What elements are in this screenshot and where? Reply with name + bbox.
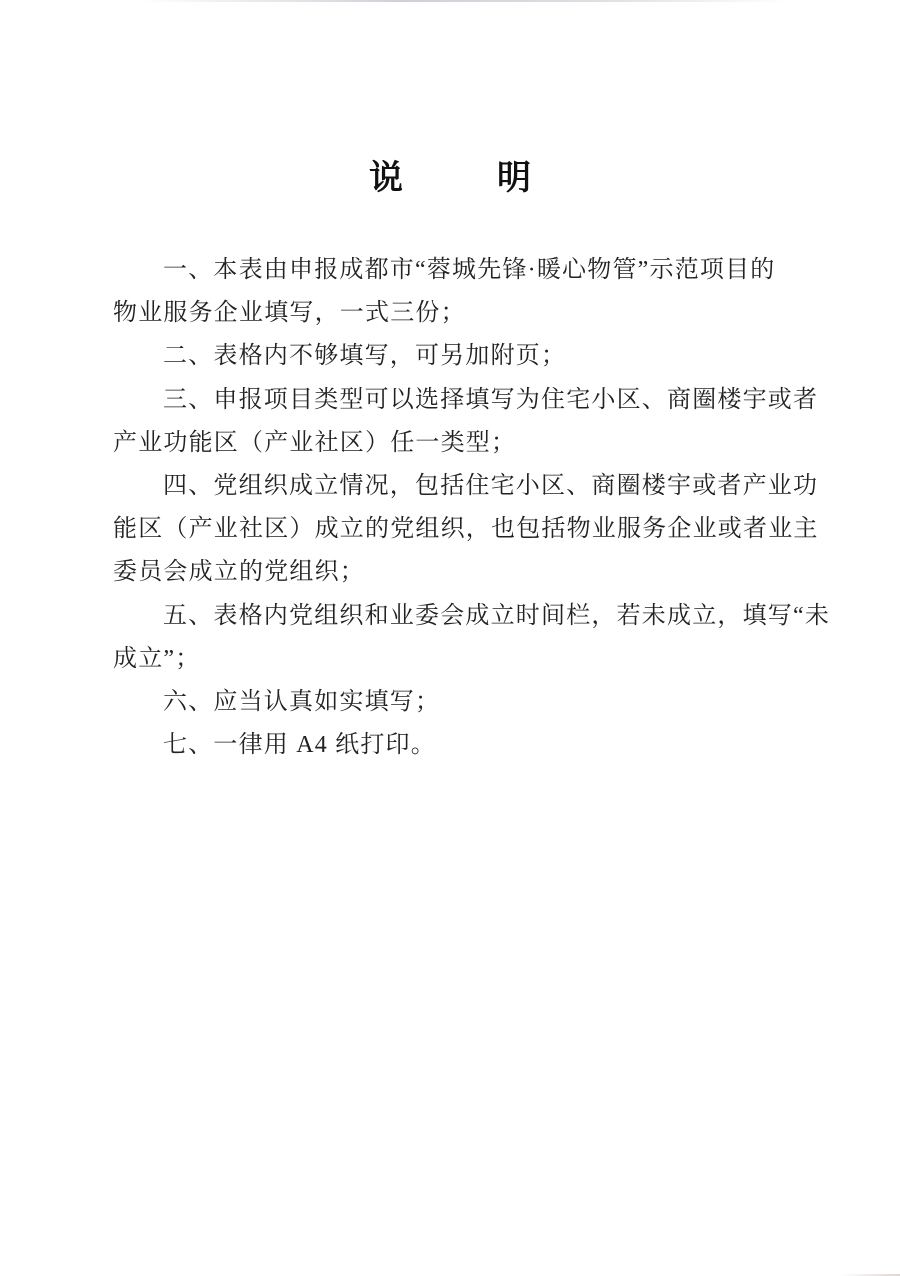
item-4-line-3: 委员会成立的党组织； — [113, 551, 793, 594]
item-4-line-1: 四、党组织成立情况，包括住宅小区、商圈楼宇或者产业功 — [113, 465, 793, 508]
item-1-line-1: 一、本表由申报成都市“蓉城先锋·暖心物管”示范项目的 — [113, 249, 793, 292]
item-5-line-2: 成立”； — [113, 638, 793, 681]
item-5-line-1: 五、表格内党组织和业委会成立时间栏，若未成立，填写“未 — [113, 595, 793, 638]
item-6-line-1: 六、应当认真如实填写； — [113, 681, 793, 724]
item-1-line-2: 物业服务企业填写，一式三份； — [113, 292, 793, 335]
scan-edge-artifact-top — [140, 0, 790, 2]
instructions-body: 一、本表由申报成都市“蓉城先锋·暖心物管”示范项目的 物业服务企业填写，一式三份… — [113, 249, 793, 767]
page-title: 说 明 — [0, 158, 900, 200]
item-3-line-2: 产业功能区（产业社区）任一类型； — [113, 422, 793, 465]
item-2-line-1: 二、表格内不够填写，可另加附页； — [113, 335, 793, 378]
item-3-line-1: 三、申报项目类型可以选择填写为住宅小区、商圈楼宇或者 — [113, 379, 793, 422]
item-4-line-2: 能区（产业社区）成立的党组织，也包括物业服务企业或者业主 — [113, 508, 793, 551]
item-7-line-1: 七、一律用 A4 纸打印。 — [113, 724, 793, 767]
